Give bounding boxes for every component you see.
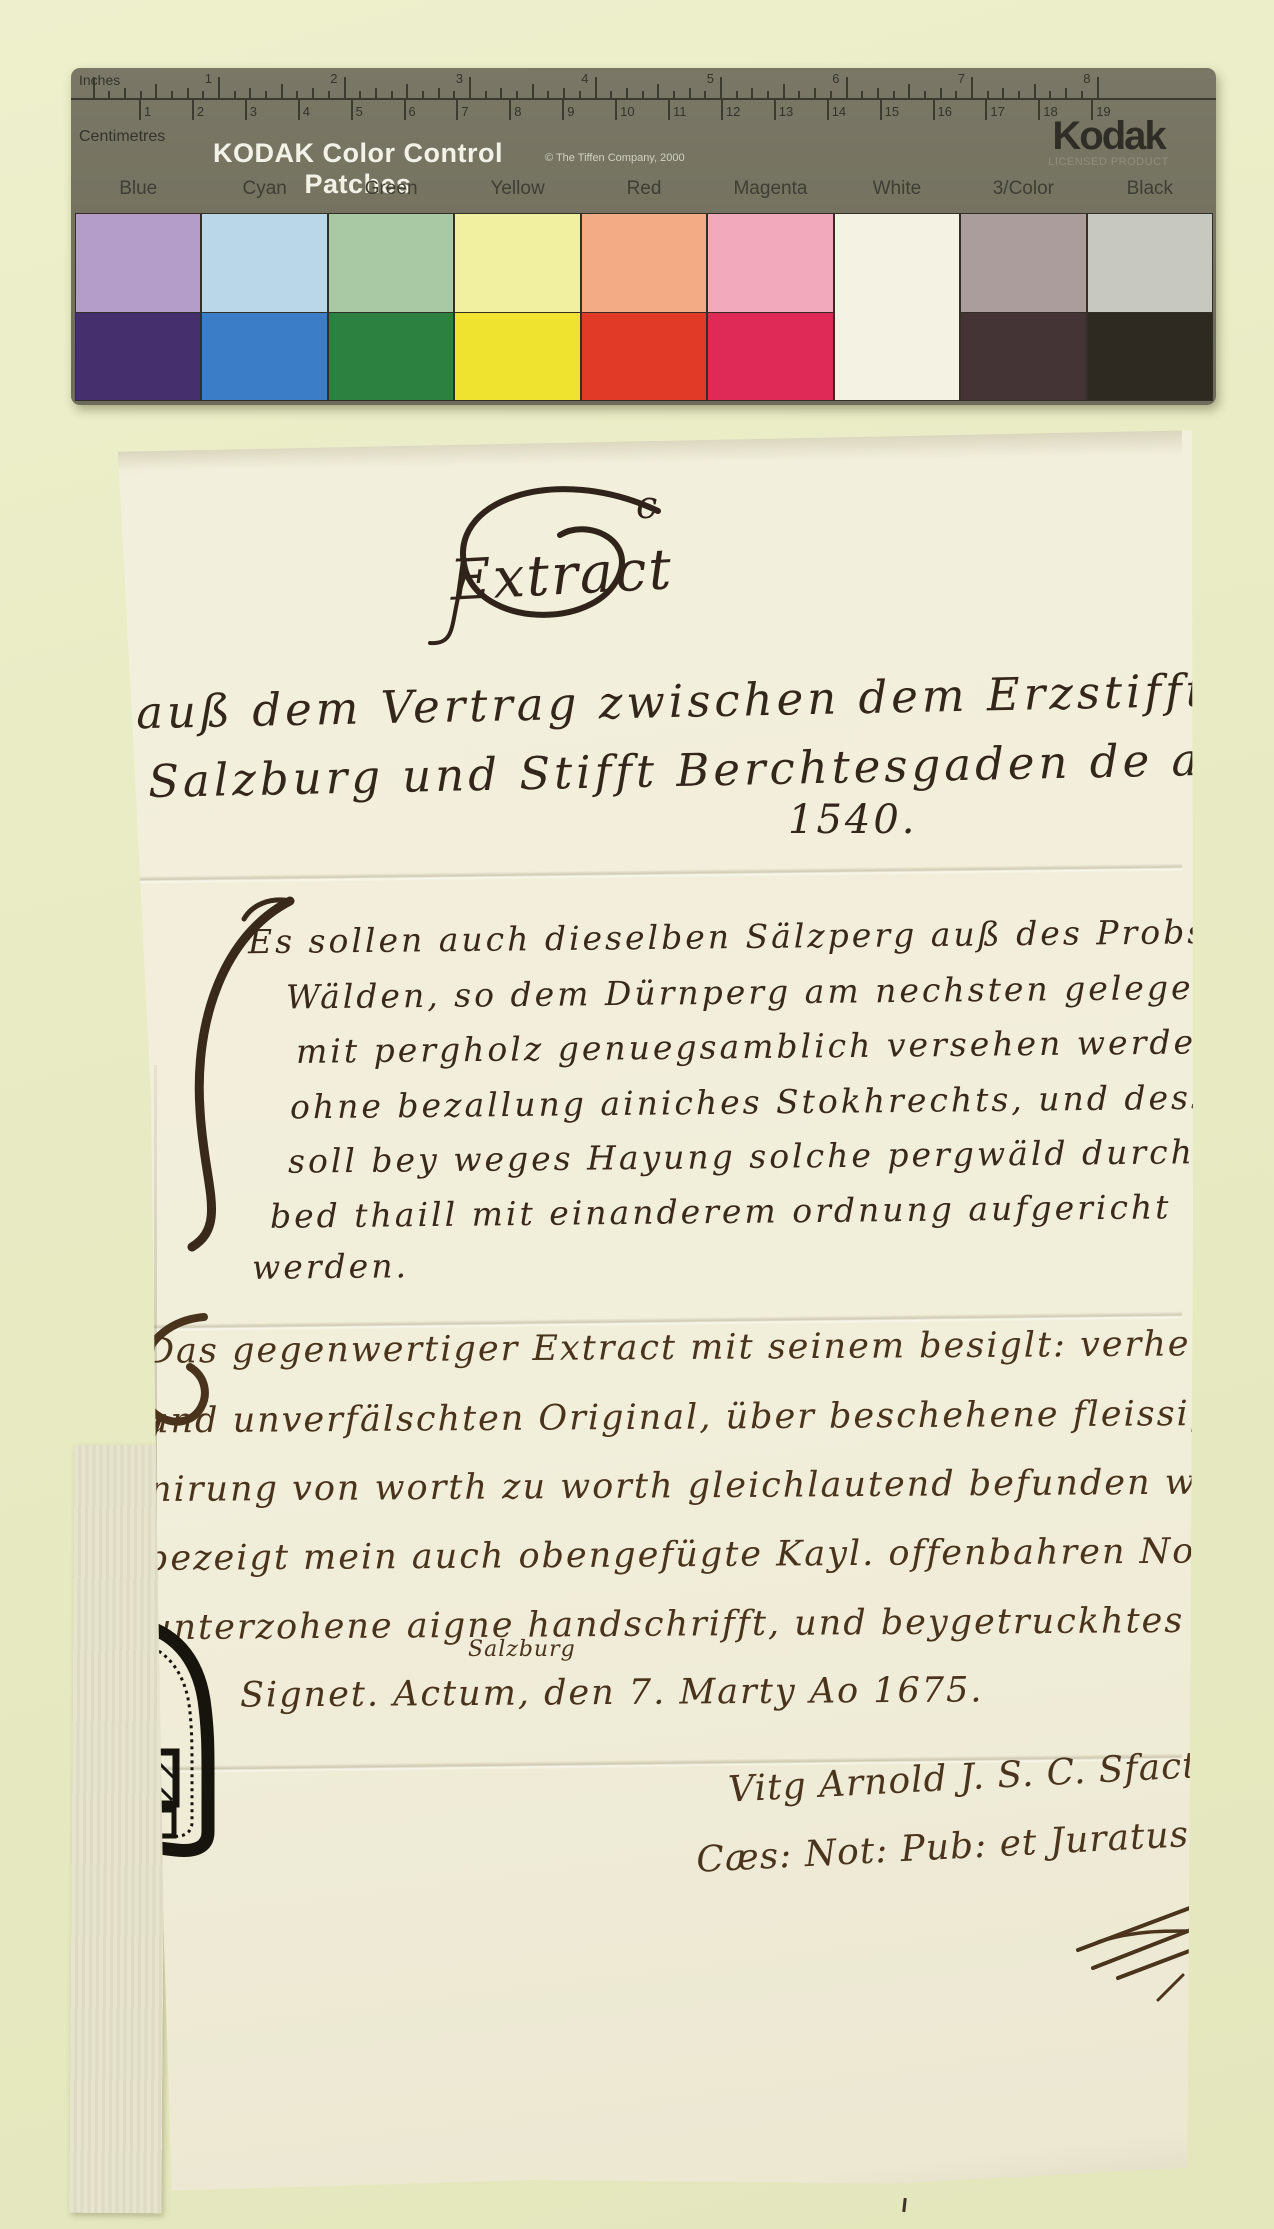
cm-number: 1 bbox=[144, 104, 151, 119]
cm-number: 14 bbox=[832, 104, 846, 119]
inch-ruler-tick bbox=[626, 88, 628, 98]
kodak-brand-block: Kodak LICENSED PRODUCT bbox=[1026, 116, 1191, 168]
paper-top-fold bbox=[110, 425, 1182, 472]
inch-number: 4 bbox=[565, 71, 589, 86]
patch-column-label-cyan: Cyan bbox=[201, 178, 327, 202]
licensed-product-label: LICENSED PRODUCT bbox=[1026, 156, 1191, 168]
inch-ruler-tick bbox=[93, 77, 95, 98]
inch-ruler-tick bbox=[359, 91, 361, 98]
inch-ruler-tick bbox=[1002, 88, 1004, 98]
color-patch-blue-light bbox=[75, 213, 201, 313]
cm-ruler-tick bbox=[245, 99, 247, 120]
patch-column-label-blue: Blue bbox=[75, 178, 201, 202]
inch-number: 7 bbox=[941, 71, 965, 86]
cm-number: 8 bbox=[514, 104, 521, 119]
inch-ruler-tick bbox=[908, 84, 910, 98]
manuscript-line: auß dem Vertrag zwischen dem Erzstifft bbox=[136, 664, 1209, 739]
color-patch-yellow-light bbox=[454, 213, 580, 313]
inch-ruler-tick bbox=[971, 77, 973, 98]
inch-ruler-tick bbox=[657, 84, 659, 98]
inch-ruler-tick bbox=[830, 91, 832, 98]
inch-ruler-tick bbox=[406, 84, 408, 98]
inch-ruler-tick bbox=[155, 84, 157, 98]
cm-number: 5 bbox=[356, 104, 363, 119]
cm-ruler-tick bbox=[139, 99, 141, 120]
manuscript-line: Cæs: Not: Pub: et Juratus bbox=[695, 1814, 1190, 1881]
cm-ruler-tick bbox=[721, 99, 723, 120]
inch-ruler-tick bbox=[877, 88, 879, 98]
cm-number: 15 bbox=[885, 104, 899, 119]
inch-ruler-tick bbox=[783, 84, 785, 98]
inch-ruler-tick bbox=[422, 91, 424, 98]
inch-ruler-tick bbox=[814, 88, 816, 98]
color-patch-cyan-dark bbox=[201, 312, 327, 401]
manuscript-line: bed thaill mit einanderem ordnung aufger… bbox=[270, 1187, 1172, 1235]
under-page-edge bbox=[69, 1445, 166, 2214]
cm-ruler-tick bbox=[456, 99, 458, 120]
heading-superscript: c bbox=[636, 483, 657, 527]
cm-number: 2 bbox=[197, 104, 204, 119]
inch-ruler-tick bbox=[532, 84, 534, 98]
inch-ruler-tick bbox=[1034, 84, 1036, 98]
cm-ruler-tick bbox=[827, 99, 829, 120]
inch-ruler-tick bbox=[438, 88, 440, 98]
stray-ink-mark bbox=[902, 2198, 906, 2212]
cm-number: 10 bbox=[620, 104, 634, 119]
manuscript-line: Salzburg und Stifft Berchtesgaden de ann… bbox=[148, 731, 1274, 808]
cm-number: 16 bbox=[938, 104, 952, 119]
inch-ruler-tick bbox=[1081, 91, 1083, 98]
inch-ruler-tick bbox=[391, 91, 393, 98]
inch-ruler-tick bbox=[563, 88, 565, 98]
inch-ruler-tick bbox=[547, 91, 549, 98]
inch-ruler-tick bbox=[940, 88, 942, 98]
inch-ruler-tick bbox=[500, 88, 502, 98]
inch-ruler-tick bbox=[202, 91, 204, 98]
inch-ruler-tick bbox=[296, 91, 298, 98]
cm-ruler-tick bbox=[880, 99, 882, 120]
inch-ruler-tick bbox=[798, 91, 800, 98]
manuscript-line: Es sollen auch dieselben Sälzperg auß de… bbox=[248, 912, 1244, 961]
color-patch-magenta-light bbox=[707, 213, 833, 313]
inch-ruler-tick bbox=[1049, 91, 1051, 98]
inserted-place-word: Salzburg bbox=[468, 1637, 576, 1662]
cm-ruler-tick bbox=[774, 99, 776, 120]
manuscript-page: Extract c auß dem Vertrag zwischen dem E… bbox=[88, 425, 1193, 2205]
inch-ruler-tick bbox=[767, 91, 769, 98]
inch-ruler-tick bbox=[249, 88, 251, 98]
cm-ruler-tick bbox=[298, 99, 300, 120]
cm-number: 12 bbox=[726, 104, 740, 119]
manuscript-line: unterzohene aigne handschrifft, und beyg… bbox=[149, 1600, 1274, 1648]
inch-ruler-tick bbox=[579, 91, 581, 98]
cm-ruler-tick bbox=[933, 99, 935, 120]
ink-smudge bbox=[110, 880, 136, 995]
color-patch-green-light bbox=[328, 213, 454, 313]
color-patch-3-color-dark bbox=[960, 312, 1086, 401]
inch-ruler-tick bbox=[312, 88, 314, 98]
kodak-color-target: Inches 12345678 123456789101112131415161… bbox=[71, 68, 1216, 405]
cm-number: 13 bbox=[779, 104, 793, 119]
color-patch-black-light bbox=[1087, 213, 1213, 313]
color-patch-white bbox=[834, 213, 960, 401]
color-patch-3-color-light bbox=[960, 213, 1086, 313]
inch-ruler-tick bbox=[265, 91, 267, 98]
inch-number: 8 bbox=[1067, 71, 1091, 86]
inch-number: 3 bbox=[439, 71, 463, 86]
cm-number: 17 bbox=[990, 104, 1004, 119]
cm-number: 3 bbox=[250, 104, 257, 119]
inch-ruler-tick bbox=[751, 88, 753, 98]
inch-ruler-tick bbox=[595, 77, 597, 98]
inch-ruler-tick bbox=[1065, 88, 1067, 98]
cm-ruler-tick bbox=[192, 99, 194, 120]
inch-ruler-tick bbox=[124, 88, 126, 98]
inch-number: 6 bbox=[816, 71, 840, 86]
cm-ruler-tick bbox=[509, 99, 511, 120]
patch-column-label-white: White bbox=[834, 178, 960, 202]
manuscript-line: Wälden, so dem Dürnperg am nechsten gele… bbox=[286, 967, 1274, 1017]
inch-ruler-tick bbox=[642, 91, 644, 98]
patch-column-label-green: Green bbox=[328, 178, 454, 202]
cm-number: 7 bbox=[461, 104, 468, 119]
patch-column-label-red: Red bbox=[581, 178, 707, 202]
inch-ruler-tick bbox=[704, 91, 706, 98]
document-title: Extract bbox=[448, 537, 674, 614]
color-patch-yellow-dark bbox=[454, 312, 580, 401]
patch-column-label-3-color: 3/Color bbox=[960, 178, 1086, 202]
contract-year: 1540. bbox=[788, 797, 918, 843]
cm-ruler-tick bbox=[404, 99, 406, 120]
cm-ruler-tick bbox=[668, 99, 670, 120]
manuscript-line: Vitg Arnold J. S. C. Sfact: bbox=[727, 1744, 1212, 1810]
cm-ruler-tick bbox=[985, 99, 987, 120]
inch-ruler-tick bbox=[955, 91, 957, 98]
manuscript-line: Signet. Actum, den 7. Marty Ao 1675. bbox=[240, 1670, 984, 1715]
inch-ruler-tick bbox=[1018, 91, 1020, 98]
cm-ruler-tick bbox=[562, 99, 564, 120]
kodak-logo: Kodak bbox=[1026, 116, 1191, 156]
inch-ruler-tick bbox=[218, 77, 220, 98]
manuscript-line: Das gegenwertiger Extract mit seinem bes… bbox=[146, 1324, 1205, 1371]
inch-ruler-tick bbox=[987, 91, 989, 98]
inch-ruler-tick bbox=[736, 91, 738, 98]
inch-ruler-tick bbox=[610, 91, 612, 98]
cm-number: 11 bbox=[673, 104, 687, 119]
color-patch-blue-dark bbox=[75, 312, 201, 401]
cm-number: 9 bbox=[567, 104, 574, 119]
color-patch-black-dark bbox=[1087, 312, 1213, 401]
inch-ruler-tick bbox=[375, 88, 377, 98]
inch-ruler-tick bbox=[846, 77, 848, 98]
color-patch-cyan-light bbox=[201, 213, 327, 313]
inch-number: 5 bbox=[690, 71, 714, 86]
patch-column-label-yellow: Yellow bbox=[454, 178, 580, 202]
inch-ruler-tick bbox=[485, 91, 487, 98]
inch-ruler-tick bbox=[1097, 77, 1099, 98]
color-patch-green-dark bbox=[328, 312, 454, 401]
cm-ruler-tick bbox=[351, 99, 353, 120]
scanned-archive-photo: Inches 12345678 123456789101112131415161… bbox=[0, 0, 1274, 2229]
inch-ruler-tick bbox=[689, 88, 691, 98]
inch-ruler-tick bbox=[516, 91, 518, 98]
inch-ruler-tick bbox=[281, 84, 283, 98]
inch-ruler-tick bbox=[328, 91, 330, 98]
inch-ruler-tick bbox=[187, 88, 189, 98]
centimetres-label: Centimetres bbox=[79, 128, 165, 146]
inch-number: 1 bbox=[188, 71, 212, 86]
inch-ruler-tick bbox=[140, 91, 142, 98]
patch-column-label-black: Black bbox=[1087, 178, 1213, 202]
inch-ruler-tick bbox=[469, 77, 471, 98]
color-patch-red-light bbox=[581, 213, 707, 313]
signature-paraph-icon bbox=[1063, 1880, 1258, 2005]
inch-number: 2 bbox=[314, 71, 338, 86]
manuscript-line: nirung von worth zu worth gleichlautend … bbox=[149, 1462, 1274, 1510]
manuscript-line: ohne bezallung ainiches Stokhrechts, und… bbox=[290, 1077, 1274, 1127]
patch-column-label-magenta: Magenta bbox=[707, 178, 833, 202]
color-patch-magenta-dark bbox=[707, 312, 833, 401]
manuscript-line: soll bey weges Hayung solche pergwäld du… bbox=[288, 1132, 1195, 1180]
inch-ruler-tick bbox=[720, 77, 722, 98]
inch-ruler-tick bbox=[924, 91, 926, 98]
inch-ruler-tick bbox=[861, 91, 863, 98]
manuscript-line: mit pergholz genuegsamblich versehen wer… bbox=[296, 1022, 1221, 1071]
inch-ruler-tick bbox=[893, 91, 895, 98]
inch-ruler-tick bbox=[108, 91, 110, 98]
inch-ruler-tick bbox=[344, 77, 346, 98]
inch-ruler-tick bbox=[673, 91, 675, 98]
inch-ruler-tick bbox=[171, 91, 173, 98]
ruler-divider bbox=[71, 98, 1216, 100]
manuscript-line: bezeigt mein auch obengefügte Kayl. offe… bbox=[146, 1531, 1274, 1579]
color-target-copyright: © The Tiffen Company, 2000 bbox=[545, 152, 685, 164]
cm-number: 6 bbox=[409, 104, 416, 119]
inch-ruler-tick bbox=[453, 91, 455, 98]
manuscript-line: und unverfälschten Original, über besche… bbox=[146, 1393, 1274, 1442]
inch-ruler-tick bbox=[234, 91, 236, 98]
cm-ruler-tick bbox=[615, 99, 617, 120]
manuscript-line: werden. bbox=[252, 1246, 409, 1287]
color-patch-red-dark bbox=[581, 312, 707, 401]
paper-crease bbox=[99, 863, 1182, 884]
cm-number: 4 bbox=[303, 104, 310, 119]
inches-label: Inches bbox=[79, 72, 120, 88]
